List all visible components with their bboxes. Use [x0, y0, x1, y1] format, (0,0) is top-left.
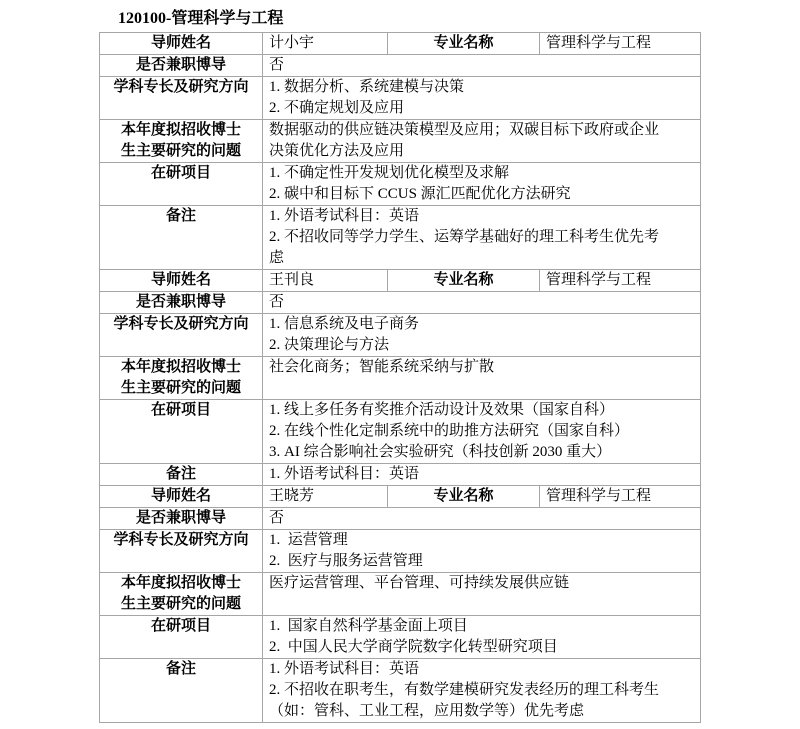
research-problems-value: 数据驱动的供应链决策模型及应用；双碳目标下政府或企业 决策优化方法及应用	[263, 120, 701, 163]
specialty-label: 学科专长及研究方向	[100, 77, 263, 120]
supervisor-table: 导师姓名 计小宇 专业名称 管理科学与工程 是否兼职博导 否 学科专长及研究方向…	[99, 32, 701, 723]
specialty-row: 学科专长及研究方向 1. 数据分析、系统建模与决策 2. 不确定规划及应用	[100, 77, 701, 120]
remarks-row: 备注 1. 外语考试科目：英语 2. 不招收在职考生，有数学建模研究发表经历的理…	[100, 659, 701, 723]
major-name-value: 管理科学与工程	[540, 270, 701, 292]
projects-value: 1. 不确定性开发规划优化模型及求解 2. 碳中和目标下 CCUS 源汇匹配优化…	[263, 163, 701, 206]
supervisor-name-label: 导师姓名	[100, 486, 263, 508]
specialty-label: 学科专长及研究方向	[100, 314, 263, 357]
major-name-label: 专业名称	[388, 486, 540, 508]
research-problems-label: 本年度拟招收博士 生主要研究的问题	[100, 120, 263, 163]
supervisor-name-row: 导师姓名 计小宇 专业名称 管理科学与工程	[100, 33, 701, 55]
major-name-value: 管理科学与工程	[540, 33, 701, 55]
projects-label: 在研项目	[100, 616, 263, 659]
part-time-phd-value: 否	[263, 508, 701, 530]
supervisor-name-value: 王刊良	[263, 270, 388, 292]
part-time-phd-label: 是否兼职博导	[100, 508, 263, 530]
specialty-row: 学科专长及研究方向 1. 信息系统及电子商务 2. 决策理论与方法	[100, 314, 701, 357]
specialty-value: 1. 数据分析、系统建模与决策 2. 不确定规划及应用	[263, 77, 701, 120]
research-problems-row: 本年度拟招收博士 生主要研究的问题 数据驱动的供应链决策模型及应用；双碳目标下政…	[100, 120, 701, 163]
projects-row: 在研项目 1. 国家自然科学基金面上项目 2. 中国人民大学商学院数字化转型研究…	[100, 616, 701, 659]
part-time-phd-row: 是否兼职博导 否	[100, 55, 701, 77]
remarks-value: 1. 外语考试科目：英语	[263, 464, 701, 486]
projects-row: 在研项目 1. 不确定性开发规划优化模型及求解 2. 碳中和目标下 CCUS 源…	[100, 163, 701, 206]
supervisor-name-label: 导师姓名	[100, 33, 263, 55]
part-time-phd-label: 是否兼职博导	[100, 292, 263, 314]
supervisor-name-row: 导师姓名 王刊良 专业名称 管理科学与工程	[100, 270, 701, 292]
part-time-phd-row: 是否兼职博导 否	[100, 508, 701, 530]
research-problems-label: 本年度拟招收博士 生主要研究的问题	[100, 573, 263, 616]
research-problems-value: 社会化商务；智能系统采纳与扩散	[263, 357, 701, 400]
document: 120100-管理科学与工程 导师姓名 计小宇 专业名称 管理科学与工程 是否兼…	[99, 9, 700, 723]
part-time-phd-row: 是否兼职博导 否	[100, 292, 701, 314]
research-problems-value: 医疗运营管理、平台管理、可持续发展供应链	[263, 573, 701, 616]
page-title: 120100-管理科学与工程	[99, 9, 700, 29]
research-problems-row: 本年度拟招收博士 生主要研究的问题 医疗运营管理、平台管理、可持续发展供应链	[100, 573, 701, 616]
specialty-value: 1. 信息系统及电子商务 2. 决策理论与方法	[263, 314, 701, 357]
remarks-label: 备注	[100, 464, 263, 486]
supervisor-name-value: 计小宇	[263, 33, 388, 55]
supervisor-name-label: 导师姓名	[100, 270, 263, 292]
remarks-label: 备注	[100, 659, 263, 723]
projects-value: 1. 线上多任务有奖推介活动设计及效果（国家自科） 2. 在线个性化定制系统中的…	[263, 400, 701, 464]
remarks-value: 1. 外语考试科目：英语 2. 不招收同等学力学生、运筹学基础好的理工科考生优先…	[263, 206, 701, 270]
projects-label: 在研项目	[100, 163, 263, 206]
specialty-row: 学科专长及研究方向 1. 运营管理 2. 医疗与服务运营管理	[100, 530, 701, 573]
projects-value: 1. 国家自然科学基金面上项目 2. 中国人民大学商学院数字化转型研究项目	[263, 616, 701, 659]
major-name-label: 专业名称	[388, 270, 540, 292]
part-time-phd-value: 否	[263, 55, 701, 77]
specialty-label: 学科专长及研究方向	[100, 530, 263, 573]
part-time-phd-value: 否	[263, 292, 701, 314]
major-name-value: 管理科学与工程	[540, 486, 701, 508]
specialty-value: 1. 运营管理 2. 医疗与服务运营管理	[263, 530, 701, 573]
remarks-label: 备注	[100, 206, 263, 270]
page: 120100-管理科学与工程 导师姓名 计小宇 专业名称 管理科学与工程 是否兼…	[0, 0, 800, 729]
projects-label: 在研项目	[100, 400, 263, 464]
supervisor-name-value: 王晓芳	[263, 486, 388, 508]
remarks-row: 备注 1. 外语考试科目：英语 2. 不招收同等学力学生、运筹学基础好的理工科考…	[100, 206, 701, 270]
projects-row: 在研项目 1. 线上多任务有奖推介活动设计及效果（国家自科） 2. 在线个性化定…	[100, 400, 701, 464]
research-problems-label: 本年度拟招收博士 生主要研究的问题	[100, 357, 263, 400]
major-name-label: 专业名称	[388, 33, 540, 55]
remarks-value: 1. 外语考试科目：英语 2. 不招收在职考生，有数学建模研究发表经历的理工科考…	[263, 659, 701, 723]
supervisor-name-row: 导师姓名 王晓芳 专业名称 管理科学与工程	[100, 486, 701, 508]
remarks-row: 备注 1. 外语考试科目：英语	[100, 464, 701, 486]
research-problems-row: 本年度拟招收博士 生主要研究的问题 社会化商务；智能系统采纳与扩散	[100, 357, 701, 400]
part-time-phd-label: 是否兼职博导	[100, 55, 263, 77]
